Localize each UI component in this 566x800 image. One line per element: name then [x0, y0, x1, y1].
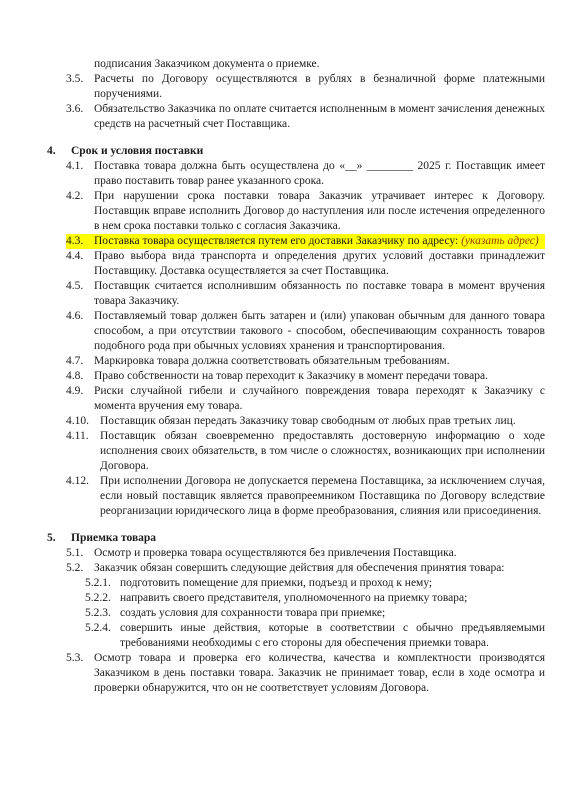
clause-4-6: 4.6. Поставляемый товар должен быть зата…	[66, 309, 545, 354]
clause-number: 4.3.	[66, 234, 83, 249]
clause-5-3: 5.3. Осмотр товара и проверка его количе…	[66, 651, 545, 696]
clause-number: 4.5.	[66, 279, 83, 294]
clause-number: 5.2.3.	[85, 606, 111, 621]
clause-text: Расчеты по Договору осуществляются в руб…	[94, 73, 545, 100]
contract-text-block: подписания Заказчиком документа о приемк…	[47, 57, 545, 696]
clause-3-6: 3.6. Обязательство Заказчика по оплате с…	[66, 102, 545, 132]
clause-text: Поставка товара должна быть осуществлена…	[94, 160, 545, 187]
clause-number: 3.6.	[66, 102, 83, 117]
clause-number: 4.12.	[66, 474, 89, 489]
clause-text: Осмотр и проверка товара осуществляются …	[94, 547, 457, 559]
clause-4-4: 4.4. Право выбора вида транспорта и опре…	[66, 249, 545, 279]
clause-continuation: подписания Заказчиком документа о приемк…	[94, 57, 545, 72]
clause-text: подготовить помещение для приемки, подъе…	[120, 577, 432, 589]
clause-4-2: 4.2. При нарушении срока поставки товара…	[66, 189, 545, 234]
clause-number: 4.6.	[66, 309, 83, 324]
clause-text: При нарушении срока поставки товара Зака…	[94, 190, 545, 232]
clause-number: 4.2.	[66, 189, 83, 204]
clause-5-2-1: 5.2.1. подготовить помещение для приемки…	[85, 576, 545, 591]
clause-4-12: 4.12. При исполнении Договора не допуска…	[66, 474, 545, 519]
clause-number: 5.2.2.	[85, 591, 111, 606]
clause-text: создать условия для сохранности товара п…	[120, 607, 385, 619]
clause-text: Осмотр товара и проверка его количества,…	[94, 652, 545, 694]
clause-number: 5.1.	[66, 546, 83, 561]
document-page: подписания Заказчиком документа о приемк…	[0, 0, 566, 800]
clause-5-2-4: 5.2.4. совершить иные действия, которые …	[85, 621, 545, 651]
clause-number: 5.2.1.	[85, 576, 111, 591]
clause-text: совершить иные действия, которые в соотв…	[120, 622, 545, 649]
clause-4-9: 4.9. Риски случайной гибели и случайного…	[66, 384, 545, 414]
clause-number: 4.11.	[66, 429, 89, 444]
clause-4-11: 4.11. Поставщик обязан своевременно пред…	[66, 429, 545, 474]
section-title: Приемка товара	[71, 532, 156, 544]
clause-number: 4.1.	[66, 159, 83, 174]
clause-number: 3.5.	[66, 72, 83, 87]
clause-text: Поставщик считается исполнившим обязанно…	[94, 280, 545, 307]
section-number: 4.	[47, 144, 56, 159]
clause-5-2-3: 5.2.3. создать условия для сохранности т…	[85, 606, 545, 621]
clause-5-2: 5.2. Заказчик обязан совершить следующие…	[66, 561, 545, 576]
clause-4-10: 4.10. Поставщик обязан передать Заказчик…	[66, 414, 545, 429]
clause-4-8: 4.8. Право собственности на товар перехо…	[66, 369, 545, 384]
section-number: 5.	[47, 531, 56, 546]
clause-number: 4.7.	[66, 354, 83, 369]
clause-number: 4.8.	[66, 369, 83, 384]
clause-4-1: 4.1. Поставка товара должна быть осущест…	[66, 159, 545, 189]
clause-number: 4.10.	[66, 414, 89, 429]
clause-number: 5.2.	[66, 561, 83, 576]
clause-text: Обязательство Заказчика по оплате считае…	[94, 103, 545, 130]
section-heading-5: 5. Приемка товара	[47, 531, 545, 546]
clause-number: 5.3.	[66, 651, 83, 666]
clause-text: Риски случайной гибели и случайного повр…	[94, 385, 545, 412]
clause-text: Поставляемый товар должен быть затарен и…	[94, 310, 545, 352]
clause-text: Поставщик обязан своевременно предоставл…	[100, 430, 545, 472]
section-heading-4: 4. Срок и условия поставки	[47, 144, 545, 159]
clause-text: Поставщик обязан передать Заказчику това…	[100, 415, 516, 427]
clause-number: 5.2.4.	[85, 621, 111, 636]
address-placeholder: (указать адрес)	[461, 235, 539, 247]
clause-text: Право собственности на товар переходит к…	[94, 370, 488, 382]
clause-5-1: 5.1. Осмотр и проверка товара осуществля…	[66, 546, 545, 561]
clause-4-5: 4.5. Поставщик считается исполнившим обя…	[66, 279, 545, 309]
clause-text: При исполнении Договора не допускается п…	[100, 475, 545, 517]
highlighted-clause-4-3: 4.3. Поставка товара осуществляется путе…	[66, 234, 545, 249]
clause-4-7: 4.7. Маркировка товара должна соответств…	[66, 354, 545, 369]
clause-number: 4.9.	[66, 384, 83, 399]
section-title: Срок и условия поставки	[71, 145, 203, 157]
clause-text: Поставка товара осуществляется путем его…	[94, 235, 461, 247]
clause-5-2-2: 5.2.2. направить своего представителя, у…	[85, 591, 545, 606]
clause-3-5: 3.5. Расчеты по Договору осуществляются …	[66, 72, 545, 102]
clause-text: Право выбора вида транспорта и определен…	[94, 250, 545, 277]
clause-number: 4.4.	[66, 249, 83, 264]
clause-text: Маркировка товара должна соответствовать…	[94, 355, 450, 367]
clause-text: направить своего представителя, уполномо…	[120, 592, 467, 604]
clause-text: Заказчик обязан совершить следующие дейс…	[94, 562, 505, 574]
